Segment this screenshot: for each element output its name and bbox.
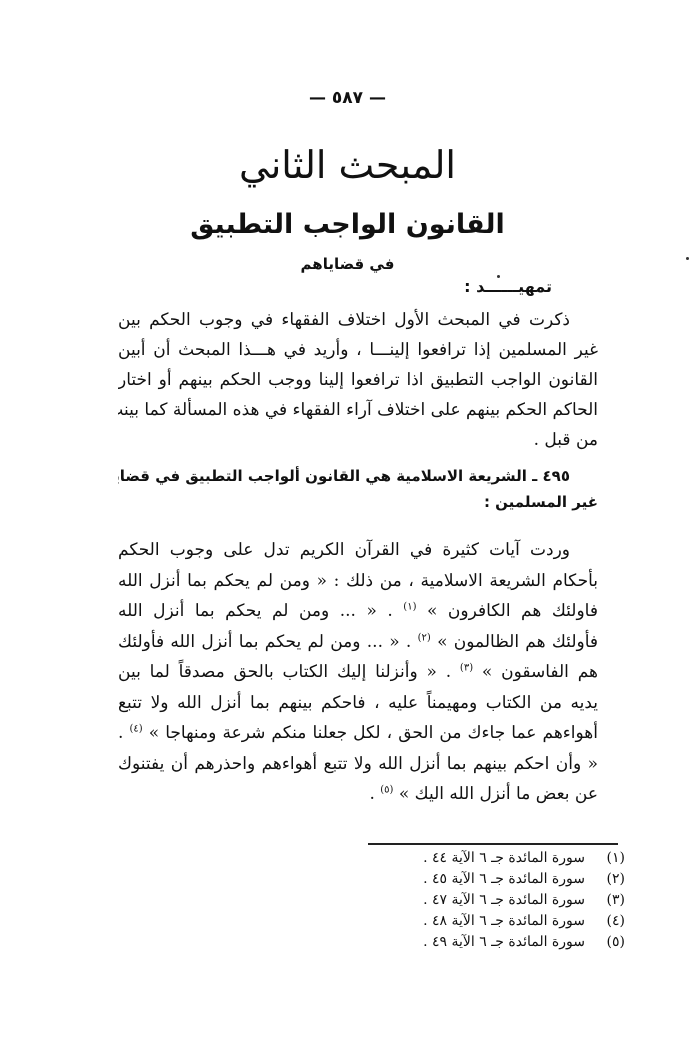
line-text: « وأن احكم بينهم بما أنزل الله ولا تتبع … <box>118 754 598 774</box>
sub-title: في قضاياهم <box>0 253 695 275</box>
book-page: — ٥٨٧ — المبحث الثاني القانون الواجب الت… <box>0 0 695 1055</box>
footnote-ref[interactable]: (٥) <box>380 784 393 795</box>
section-heading-495: ٤٩٥ ـ الشريعة الاسلامية هي القانون ألواج… <box>118 463 598 515</box>
footnote-item: (٤) سورة المائدة جـ ٦ الآية ٤٨ . <box>365 911 625 932</box>
footnote-ref[interactable]: (٤) <box>129 723 142 734</box>
line-text: . « وأنزلنا إليك الكتاب بالحق مصدقاً لما… <box>118 662 460 682</box>
line-text: يديه من الكتاب ومهيمناً عليه ، فاحكم بين… <box>118 693 598 713</box>
quran-paragraph: وردت آيات كثيرة في القرآن الكريم تدل على… <box>118 535 598 810</box>
text-line: يديه من الكتاب ومهيمناً عليه ، فاحكم بين… <box>118 688 598 719</box>
page-number: — ٥٨٧ — <box>0 88 695 108</box>
footnote-ref[interactable]: (٣) <box>460 662 473 673</box>
footnote-number: (١) <box>585 848 625 869</box>
line-text: . « ... ومن لم يحكم بما أنزل الله فأولئك <box>118 632 418 652</box>
footnote-number: (٤) <box>585 911 625 932</box>
text-line: غير المسلمين إذا ترافعوا إلينـــا ، وأري… <box>118 335 598 365</box>
line-text: وردت آيات كثيرة في القرآن الكريم تدل على… <box>118 540 570 560</box>
scan-artifact <box>497 275 500 278</box>
footnote-item: (٣) سورة المائدة جـ ٦ الآية ٤٧ . <box>365 890 625 911</box>
main-title: القانون الواجب التطبيق <box>0 205 695 245</box>
footnote-number: (٣) <box>585 890 625 911</box>
text-line: وردت آيات كثيرة في القرآن الكريم تدل على… <box>118 535 598 566</box>
footnote-ref[interactable]: (٢) <box>418 632 431 643</box>
footnote-item: (٢) سورة المائدة جـ ٦ الآية ٤٥ . <box>365 869 625 890</box>
footnote-ref[interactable]: (١) <box>403 601 416 612</box>
section-label-introduction: تمهيــــــد : <box>464 275 552 299</box>
line-text: هم الفاسقون » <box>473 662 598 682</box>
footnote-text: سورة المائدة جـ ٦ الآية ٤٨ . <box>365 911 585 932</box>
text-line: بأحكام الشريعة الاسلامية ، من ذلك : « وم… <box>118 566 598 597</box>
footnote-text: سورة المائدة جـ ٦ الآية ٤٧ . <box>365 890 585 911</box>
line-text: . « ... ومن لم يحكم بما أنزل الله <box>118 601 403 621</box>
text-line: من قبل . <box>118 425 598 455</box>
line-text: بأحكام الشريعة الاسلامية ، من ذلك : « وم… <box>118 571 598 591</box>
footnote-divider <box>368 843 618 845</box>
footnote-item: (١) سورة المائدة جـ ٦ الآية ٤٤ . <box>365 848 625 869</box>
text-line: فاولئك هم الكافرون » (١) . « ... ومن لم … <box>118 596 598 627</box>
chapter-title: المبحث الثاني <box>0 140 695 190</box>
footnote-item: (٥) سورة المائدة جـ ٦ الآية ٤٩ . <box>365 932 625 953</box>
footnote-text: سورة المائدة جـ ٦ الآية ٤٥ . <box>365 869 585 890</box>
line-text: فأولئك هم الظالمون » <box>431 632 598 652</box>
text-line: أهواءهم عما جاءك من الحق ، لكل جعلنا منك… <box>118 718 598 749</box>
text-line: « وأن احكم بينهم بما أنزل الله ولا تتبع … <box>118 749 598 780</box>
footnote-number: (٢) <box>585 869 625 890</box>
line-text: عن بعض ما أنزل الله اليك » <box>393 784 598 804</box>
footnotes: (١) سورة المائدة جـ ٦ الآية ٤٤ . (٢) سور… <box>365 848 625 953</box>
intro-paragraph: ذكرت في المبحث الأول اختلاف الفقهاء في و… <box>118 305 598 455</box>
text-line: عن بعض ما أنزل الله اليك » (٥) . <box>118 779 598 810</box>
text-line: ذكرت في المبحث الأول اختلاف الفقهاء في و… <box>118 305 598 335</box>
footnote-number: (٥) <box>585 932 625 953</box>
text-line: القانون الواجب التطبيق اذا ترافعوا إلينا… <box>118 365 598 395</box>
footnote-text: سورة المائدة جـ ٦ الآية ٤٩ . <box>365 932 585 953</box>
text-line: فأولئك هم الظالمون » (٢) . « ... ومن لم … <box>118 627 598 658</box>
footnote-text: سورة المائدة جـ ٦ الآية ٤٤ . <box>365 848 585 869</box>
line-text: فاولئك هم الكافرون » <box>416 601 598 621</box>
line-text: . <box>369 784 380 804</box>
scan-artifact <box>686 257 689 260</box>
line-text: أهواءهم عما جاءك من الحق ، لكل جعلنا منك… <box>143 723 598 743</box>
text-line: الحاكم الحكم بينهم على اختلاف آراء الفقه… <box>118 395 598 425</box>
heading-line: غير المسلمين : <box>118 489 598 515</box>
line-text: . <box>118 723 129 743</box>
heading-line: ٤٩٥ ـ الشريعة الاسلامية هي القانون ألواج… <box>118 463 598 489</box>
text-line: هم الفاسقون » (٣) . « وأنزلنا إليك الكتا… <box>118 657 598 688</box>
